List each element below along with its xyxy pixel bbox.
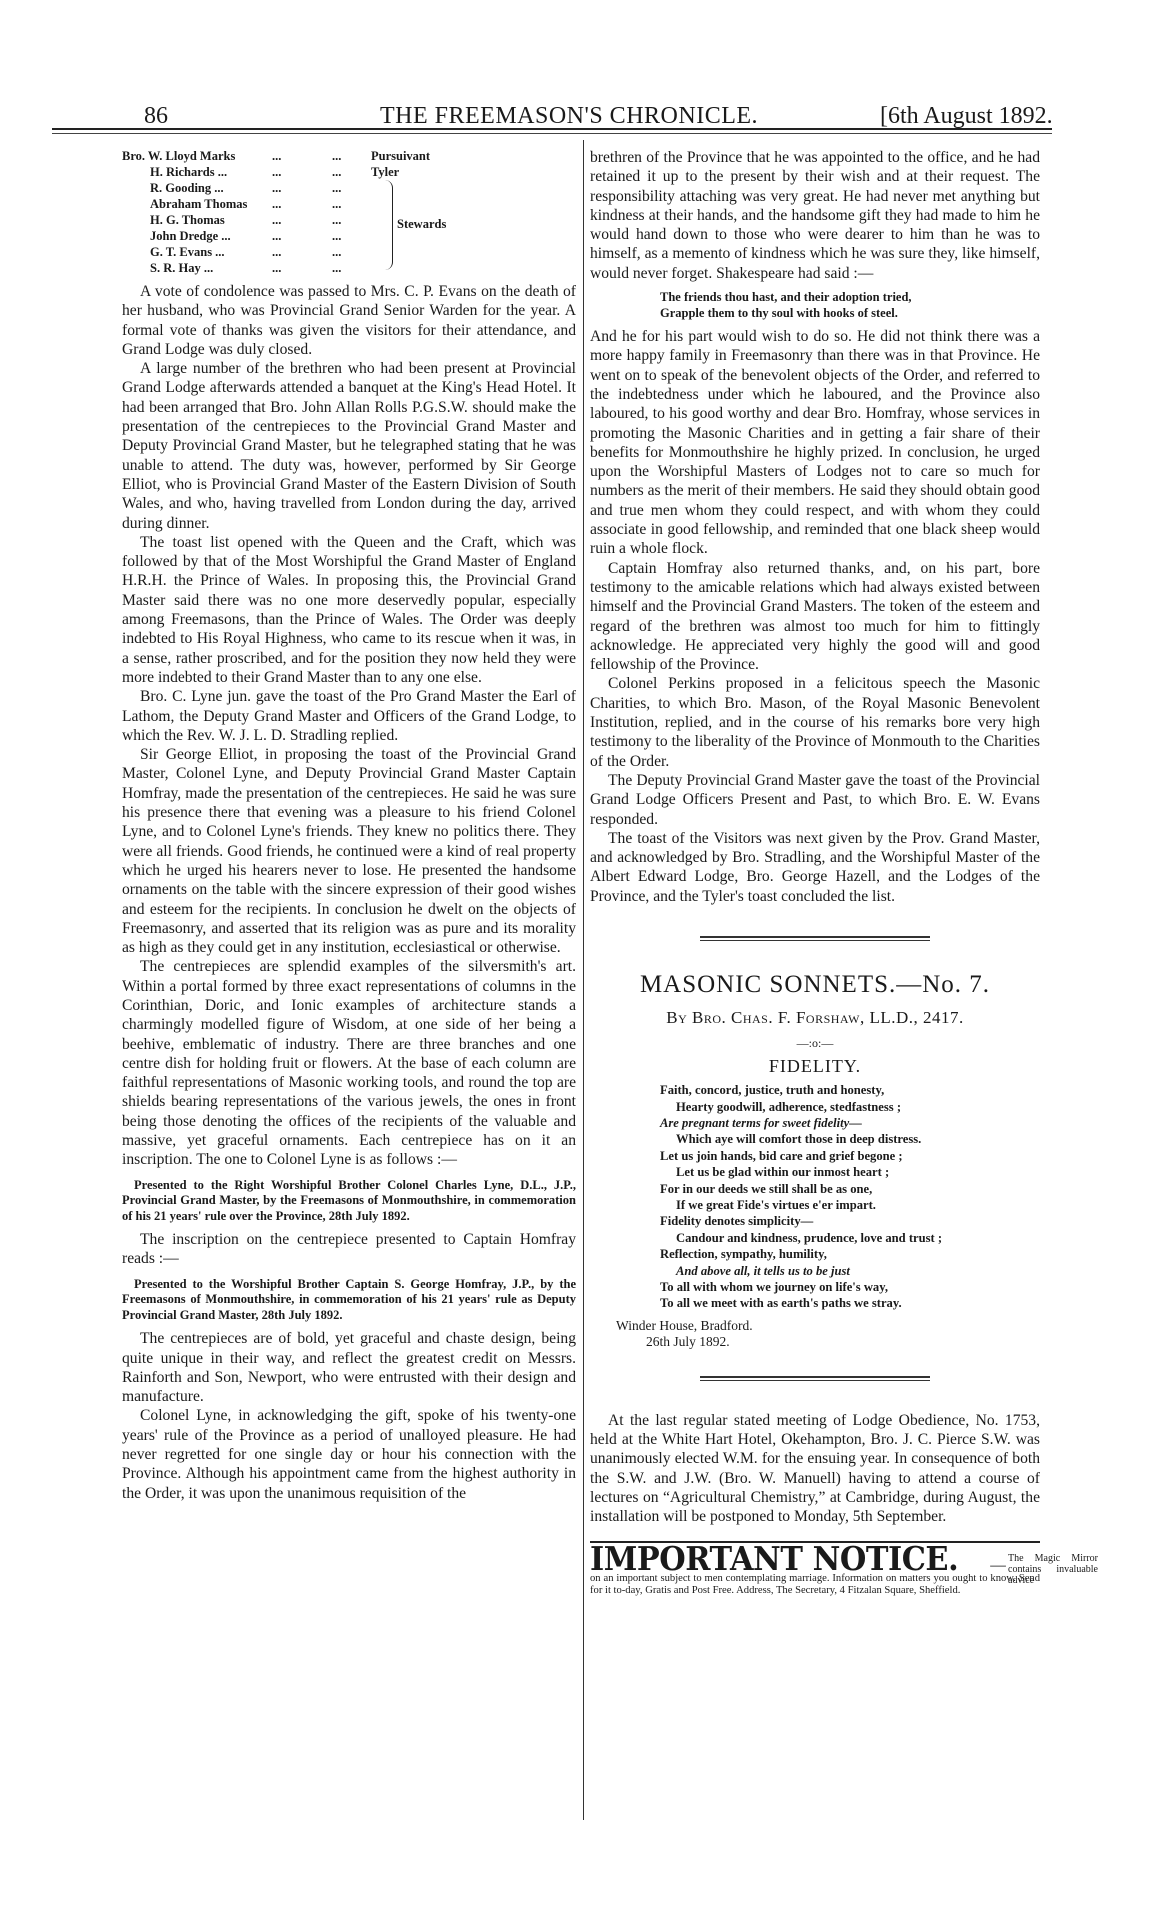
header-rule-thin [52,133,1052,134]
officer-row: S. R. Hay ... ... ... [122,260,576,276]
inscription-lyne: Presented to the Right Worshipful Brothe… [122,1178,576,1225]
paragraph: The centrepieces are of bold, yet gracef… [122,1329,576,1406]
poem: Faith, concord, justice, truth and hones… [660,1082,1040,1312]
brace-icon [384,180,393,270]
paragraph: A large number of the brethren who had b… [122,359,576,533]
paragraph: Bro. C. Lyne jun. gave the toast of the … [122,687,576,745]
ornament: —:o:— [590,1034,1040,1053]
paragraph: Colonel Lyne, in acknowledging the gift,… [122,1406,576,1502]
paragraph: The Deputy Provincial Grand Master gave … [590,771,1040,829]
officer-row: John Dredge ... ... ... [122,228,576,244]
officer-row: Bro. W. Lloyd Marks ... ... Pursuivant [122,148,576,164]
paragraph: The toast of the Visitors was next given… [590,829,1040,906]
officer-row: H. G. Thomas ... ... [122,212,576,228]
inscription-homfray: Presented to the Worshipful Brother Capt… [122,1277,576,1324]
paragraph: The inscription on the centrepiece prese… [122,1230,576,1269]
advert-title: IMPORTANT NOTICE. [590,1549,958,1568]
page-number: 86 [144,103,168,130]
poem-line: And above all, it tells us to be just [660,1263,1040,1279]
header-rule [52,128,1052,130]
officer-row: G. T. Evans ... ... ... [122,244,576,260]
poem-line: Faith, concord, justice, truth and hones… [660,1082,1040,1098]
poem-line: To all we meet with as earth's paths we … [660,1295,1040,1311]
paragraph: A vote of condolence was passed to Mrs. … [122,282,576,359]
poem-line: Candour and kindness, prudence, love and… [660,1230,1040,1246]
paragraph-continuation: brethren of the Province that he was app… [590,148,1040,283]
section-separator [700,1376,930,1381]
paragraph: Sir George Elliot, in proposing the toas… [122,745,576,957]
column-divider [583,140,584,1820]
paragraph: Colonel Perkins proposed in a felicitous… [590,674,1040,770]
stewards-label: Stewards [397,216,446,232]
officer-row: H. Richards ... ... ... Tyler [122,164,576,180]
sonnet-section: MASONIC SONNETS.—No. 7. By Bro. Chas. F.… [590,975,1040,1350]
paragraph: The centrepieces are splendid examples o… [122,957,576,1169]
sonnet-byline: By Bro. Chas. F. Forshaw, LL.D., 2417. [590,1008,1040,1027]
poem-line: Fidelity denotes simplicity— [660,1213,1040,1229]
lodge-notice: At the last regular stated meeting of Lo… [590,1411,1040,1527]
sonnet-heading: FIDELITY. [590,1057,1040,1076]
sonnet-signoff: Winder House, Bradford. 26th July 1892. [616,1318,1040,1350]
poem-line: Which aye will comfort those in deep dis… [660,1131,1040,1147]
poem-line: Reflection, sympathy, humility, [660,1246,1040,1262]
poem-line: Let us join hands, bid care and grief be… [660,1148,1040,1164]
paragraph: And he for his part would wish to do so.… [590,327,1040,559]
paragraph: Captain Homfray also returned thanks, an… [590,559,1040,675]
publication-title: THE FREEMASON'S CHRONICLE. [380,103,758,130]
left-column: Bro. W. Lloyd Marks ... ... Pursuivant H… [122,148,576,1503]
issue-date: [6th August 1892. [880,103,1053,130]
poem-line: Are pregnant terms for sweet fidelity— [660,1115,1040,1131]
sonnet-title: MASONIC SONNETS.—No. 7. [590,975,1040,994]
officer-row: Abraham Thomas ... ... [122,196,576,212]
poem-line: To all with whom we journey on life's wa… [660,1279,1040,1295]
advert-important-notice: IMPORTANT NOTICE.— The Magic Mirror cont… [590,1549,1040,1598]
officers-list: Bro. W. Lloyd Marks ... ... Pursuivant H… [122,148,576,276]
poem-line: Hearty goodwill, adherence, stedfastness… [660,1099,1040,1115]
section-separator [700,936,930,941]
poem-line: Let us be glad within our inmost heart ; [660,1164,1040,1180]
officer-row: R. Gooding ... ... ... [122,180,576,196]
right-column: brethren of the Province that he was app… [590,148,1040,1597]
paragraph: The toast list opened with the Queen and… [122,533,576,687]
poem-line: If we great Fide's virtues e'er impart. [660,1197,1040,1213]
advert-side-text: The Magic Mirror contains invaluable adv… [1008,1553,1098,1586]
poem-line: For in our deeds we still shall be as on… [660,1181,1040,1197]
shakespeare-quote: The friends thou hast, and their adoptio… [590,289,1040,321]
